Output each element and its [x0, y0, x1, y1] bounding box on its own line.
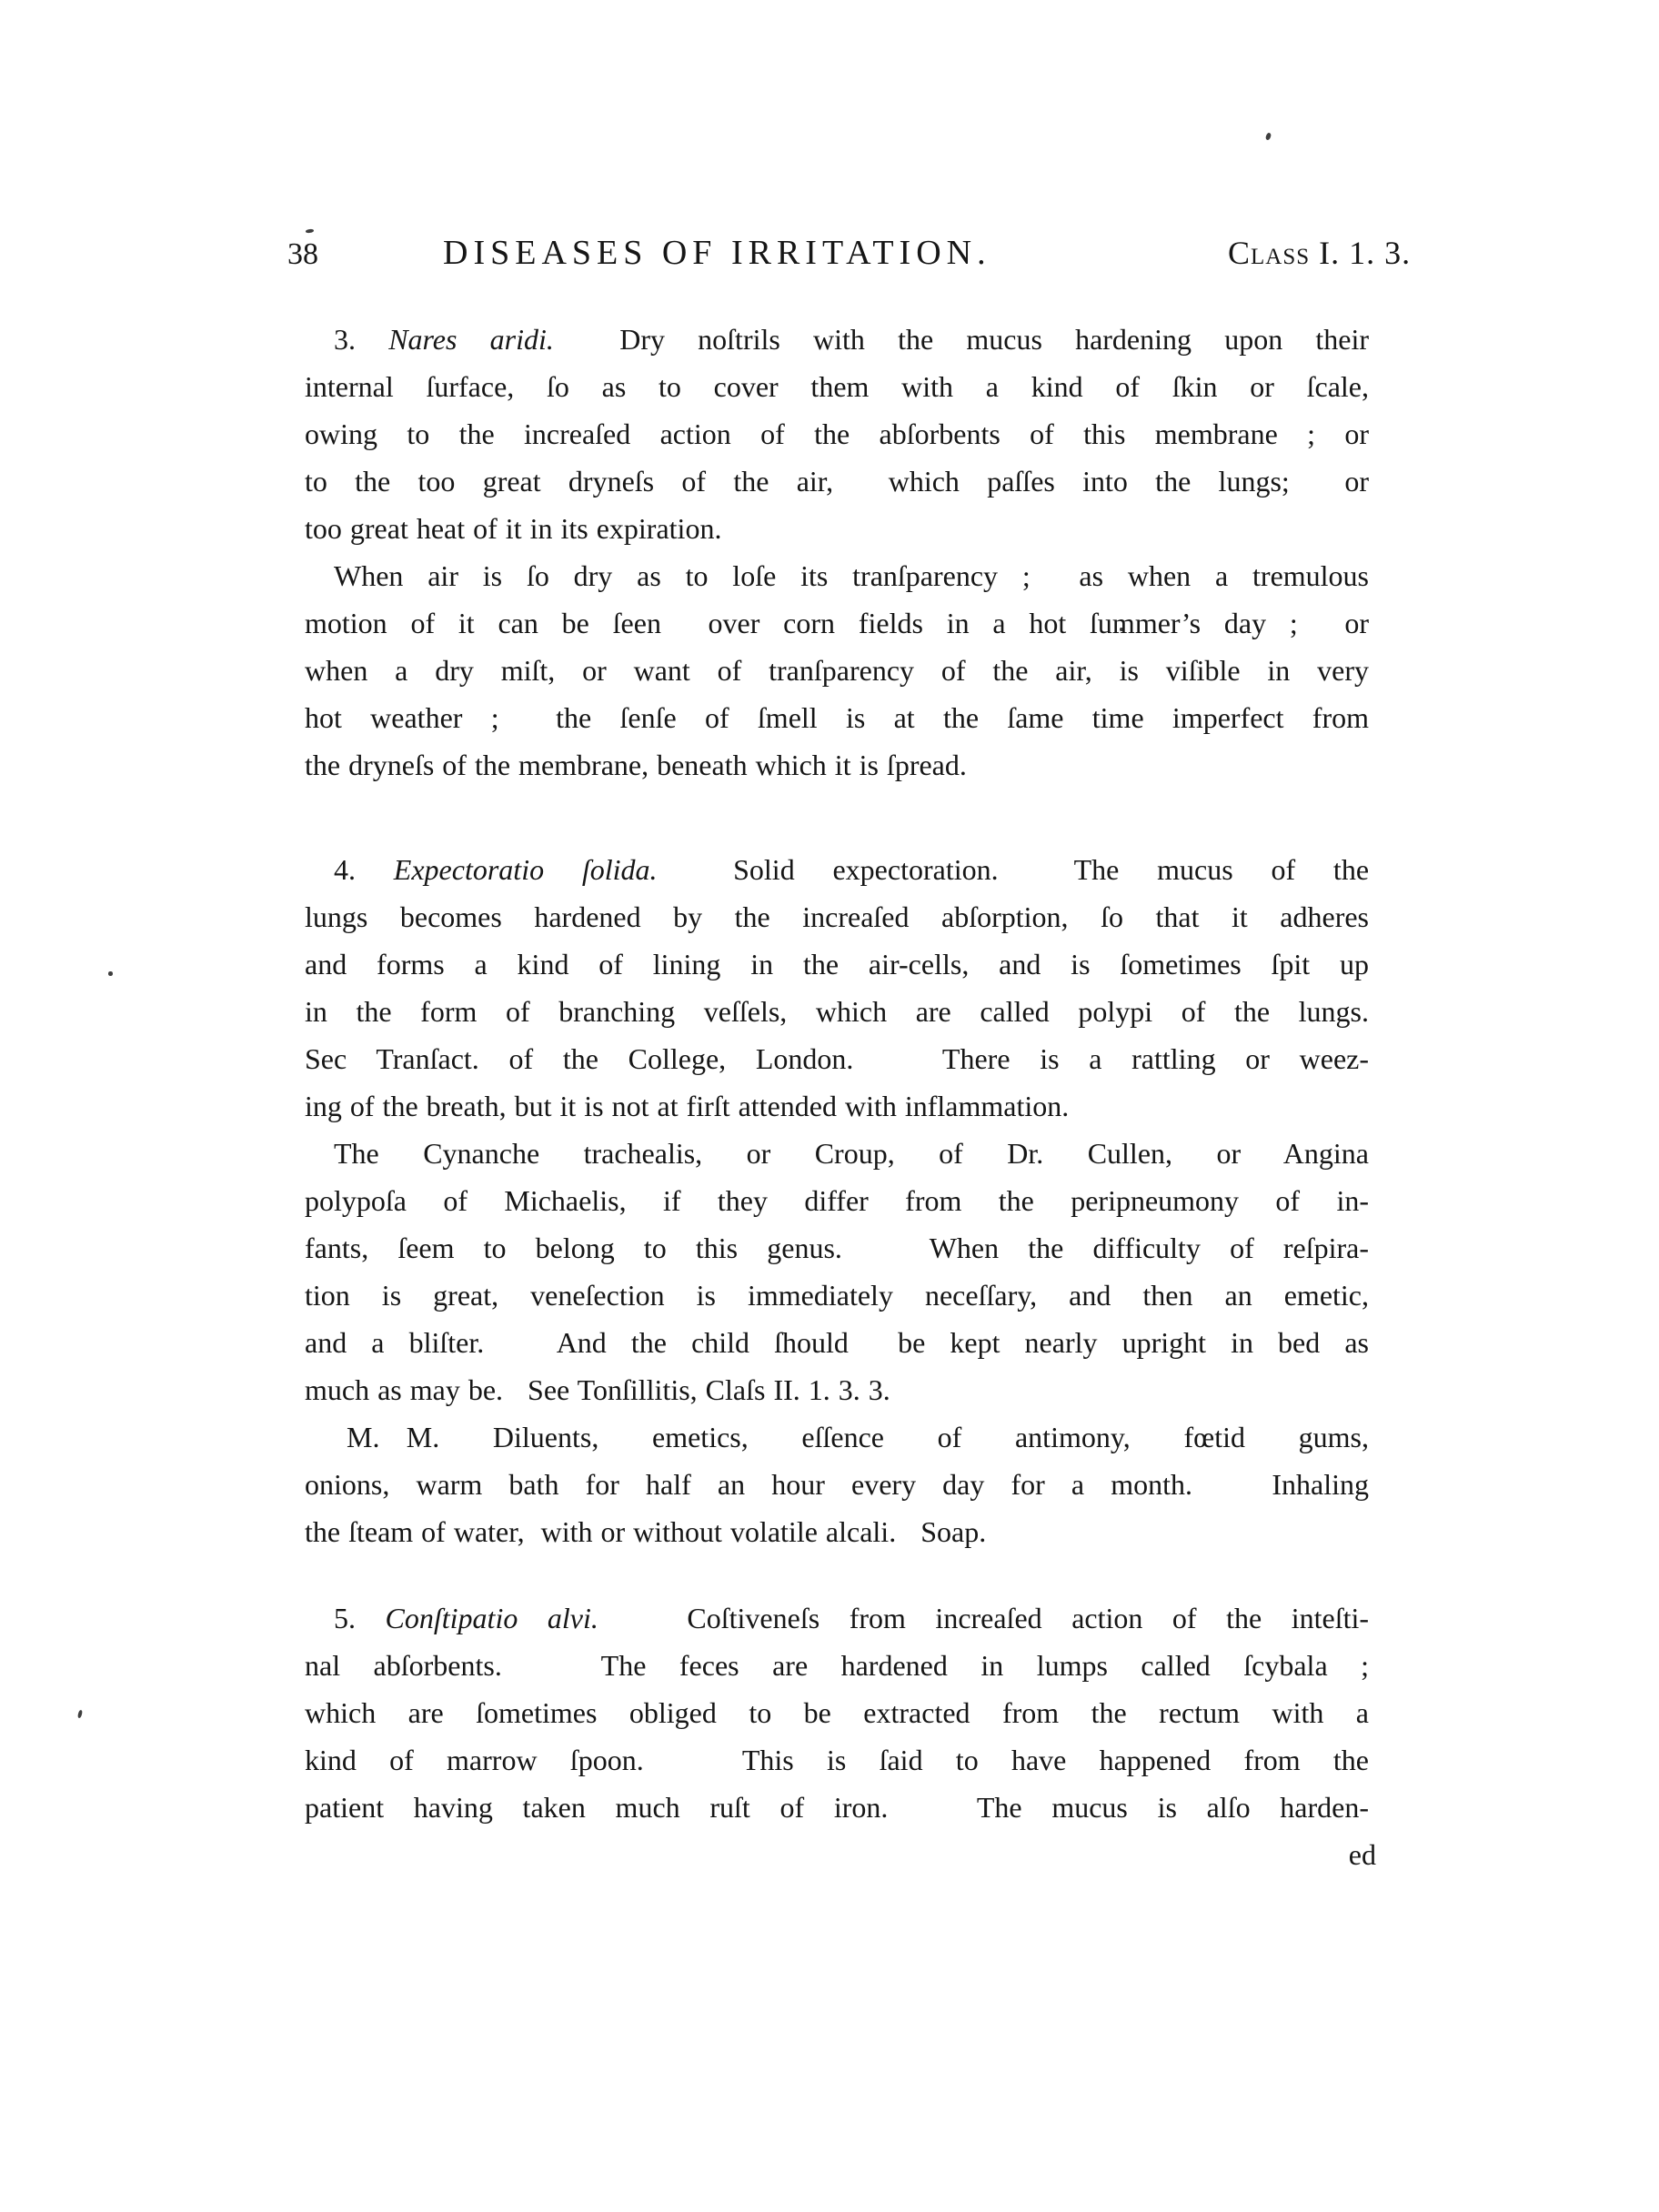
text-line: in the form of branching veſſels, which … — [305, 988, 1369, 1035]
paragraph: 5. Conſtipatio alvi. Coſtiveneſs from in… — [305, 1594, 1369, 1831]
text-segment: 4. — [334, 853, 394, 886]
text-line: much as may be. See Tonſillitis, Claſs I… — [305, 1366, 1369, 1413]
text-line: polypoſa of Michaelis, if they differ fr… — [305, 1177, 1369, 1224]
ink-speck — [1265, 132, 1272, 140]
text-line: to the too great dryneſs of the air, whi… — [305, 457, 1369, 505]
text-segment: 5. — [334, 1602, 386, 1634]
text-segment: the ſteam of water, with or without vola… — [305, 1515, 986, 1548]
text-segment: polypoſa of Michaelis, if they differ fr… — [305, 1184, 1369, 1217]
text-segment: onions, warm bath for half an hour every… — [305, 1468, 1369, 1501]
ink-speck — [306, 228, 314, 233]
ink-speck — [77, 1710, 83, 1719]
text-line: hot weather ; the ſenſe of ſmell is at t… — [305, 694, 1369, 741]
latin-term: Nares aridi. — [388, 323, 554, 356]
paragraph: M. M. Diluents, emetics, eſſence of anti… — [305, 1413, 1369, 1555]
text-segment: kind of marrow ſpoon. This is ſaid to ha… — [305, 1744, 1369, 1776]
book-page-scan: 38 DISEASES OF IRRITATION. Class I. 1. 3… — [0, 0, 1659, 2212]
text-line: M. M. Diluents, emetics, eſſence of anti… — [305, 1413, 1369, 1461]
paragraph: The Cynanche trachealis, or Croup, of Dr… — [305, 1130, 1369, 1413]
text-line: ing of the breath, but it is not at firſ… — [305, 1082, 1369, 1130]
text-segment: tion is great, veneſection is immediatel… — [305, 1279, 1369, 1312]
text-line: patient having taken much ruſt of iron. … — [305, 1784, 1369, 1831]
text-segment: nal abſorbents. The feces are hardened i… — [305, 1649, 1369, 1682]
text-line: Sec Tranſact. of the College, London. Th… — [305, 1035, 1369, 1082]
text-segment: internal ſurface, ſo as to cover them wi… — [305, 370, 1369, 403]
text-segment: Sec Tranſact. of the College, London. Th… — [305, 1042, 1369, 1075]
text-segment: motion of it can be ſeen over corn field… — [305, 607, 1369, 639]
text-line: and a bliſter. And the child ſhould be k… — [305, 1319, 1369, 1366]
text-line: the ſteam of water, with or without vola… — [305, 1508, 1369, 1555]
text-segment: lungs becomes hardened by the increaſed … — [305, 900, 1369, 933]
text-segment: too great heat of it in its expiration. — [305, 512, 721, 545]
text-segment: 3. — [334, 323, 388, 356]
latin-term: Expectoratio ſolida. — [394, 853, 658, 886]
running-header-title: DISEASES OF IRRITATION. — [443, 231, 991, 275]
text-segment: when a dry miſt, or want of tranſparency… — [305, 654, 1369, 687]
text-line: and forms a kind of lining in the air-ce… — [305, 940, 1369, 988]
text-body: 3. Nares aridi. Dry noſtrils with the mu… — [305, 316, 1369, 1831]
ink-speck — [108, 971, 113, 976]
text-line: tion is great, veneſection is immediatel… — [305, 1272, 1369, 1319]
text-segment: in the form of branching veſſels, which … — [305, 995, 1369, 1028]
text-segment: and forms a kind of lining in the air-ce… — [305, 948, 1369, 980]
text-segment: The Cynanche trachealis, or Croup, of Dr… — [334, 1137, 1369, 1170]
text-line: owing to the increaſed action of the abſ… — [305, 410, 1369, 457]
text-line: lungs becomes hardened by the increaſed … — [305, 893, 1369, 940]
text-line: When air is ſo dry as to loſe its tranſp… — [305, 552, 1369, 599]
page-number: 38 — [287, 235, 318, 275]
text-line: the dryneſs of the membrane, beneath whi… — [305, 741, 1369, 789]
text-segment: Solid expectoration. The mucus of the — [658, 853, 1369, 886]
text-segment: patient having taken much ruſt of iron. … — [305, 1791, 1369, 1824]
text-segment: hot weather ; the ſenſe of ſmell is at t… — [305, 701, 1369, 734]
text-line: onions, warm bath for half an hour every… — [305, 1461, 1369, 1508]
text-line: 4. Expectoratio ſolida. Solid expectorat… — [305, 846, 1369, 893]
text-segment: the dryneſs of the membrane, beneath whi… — [305, 749, 967, 781]
paragraph: 3. Nares aridi. Dry noſtrils with the mu… — [305, 316, 1369, 552]
text-line: too great heat of it in its expiration. — [305, 505, 1369, 552]
running-header-class-ref: Class I. 1. 3. — [1228, 231, 1411, 275]
text-segment: owing to the increaſed action of the abſ… — [305, 417, 1369, 450]
catchword: ed — [305, 1831, 1376, 1878]
text-segment: ing of the breath, but it is not at firſ… — [305, 1090, 1069, 1122]
text-line: when a dry miſt, or want of tranſparency… — [305, 647, 1369, 694]
paragraph: 4. Expectoratio ſolida. Solid expectorat… — [305, 846, 1369, 1130]
text-segment: When air is ſo dry as to loſe its tranſp… — [334, 559, 1369, 592]
text-line: internal ſurface, ſo as to cover them wi… — [305, 363, 1369, 410]
ink-speck — [1120, 628, 1123, 631]
text-line: motion of it can be ſeen over corn field… — [305, 599, 1369, 647]
text-line: The Cynanche trachealis, or Croup, of Dr… — [305, 1130, 1369, 1177]
text-line: fants, ſeem to belong to this genus. Whe… — [305, 1224, 1369, 1272]
text-segment: which are ſometimes obliged to be extrac… — [305, 1696, 1369, 1729]
text-segment: much as may be. See Tonſillitis, Claſs I… — [305, 1373, 890, 1406]
text-segment: fants, ſeem to belong to this genus. Whe… — [305, 1232, 1369, 1264]
text-segment: Coſtiveneſs from increaſed action of the… — [598, 1602, 1369, 1634]
text-line: 3. Nares aridi. Dry noſtrils with the mu… — [305, 316, 1369, 363]
text-line: which are ſometimes obliged to be extrac… — [305, 1689, 1369, 1736]
latin-term: Conſtipatio alvi. — [386, 1602, 598, 1634]
text-segment: Dry noſtrils with the mucus hardening up… — [554, 323, 1369, 356]
text-segment: to the too great dryneſs of the air, whi… — [305, 465, 1369, 498]
text-line: nal abſorbents. The feces are hardened i… — [305, 1642, 1369, 1689]
text-line: kind of marrow ſpoon. This is ſaid to ha… — [305, 1736, 1369, 1784]
paragraph: When air is ſo dry as to loſe its tranſp… — [305, 552, 1369, 789]
text-line: 5. Conſtipatio alvi. Coſtiveneſs from in… — [305, 1594, 1369, 1642]
text-segment: and a bliſter. And the child ſhould be k… — [305, 1326, 1369, 1359]
text-segment: M. M. Diluents, emetics, eſſence of anti… — [347, 1421, 1369, 1453]
